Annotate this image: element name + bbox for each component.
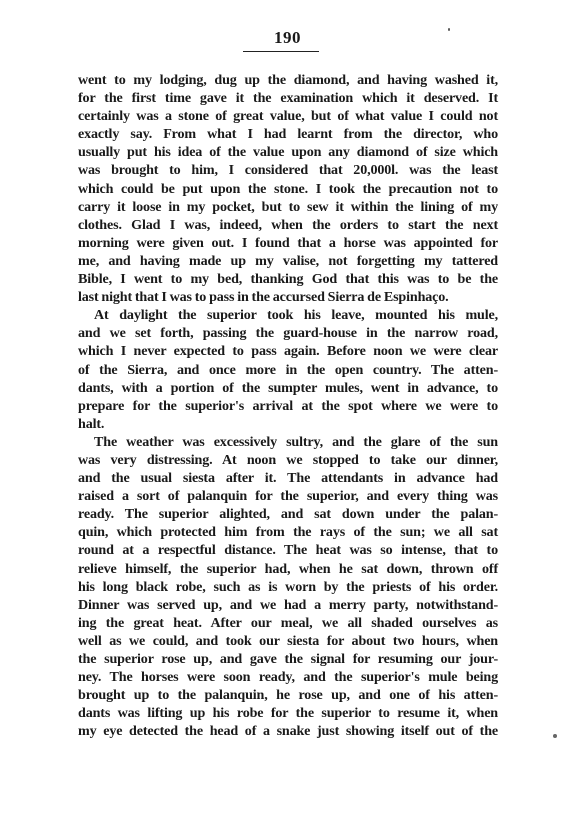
text-line: last night that I was to pass in the acc… bbox=[78, 288, 498, 306]
page-number: 190 bbox=[0, 28, 575, 48]
text-line: dants was lifting up his robe for the su… bbox=[78, 704, 498, 722]
text-line: of the Sierra, and once more in the open… bbox=[78, 361, 498, 379]
text-line: dants, with a portion of the sumpter mul… bbox=[78, 379, 498, 397]
paragraph-2: At daylight the superior took his leave,… bbox=[78, 306, 498, 433]
text-line: The weather was excessively sultry, and … bbox=[78, 433, 498, 451]
text-line: round at a respectful distance. The heat… bbox=[78, 541, 498, 559]
text-line: my eye detected the head of a snake just… bbox=[78, 722, 498, 740]
text-line: which I never expected to pass again. Be… bbox=[78, 342, 498, 360]
text-line: his long black robe, such as is worn by … bbox=[78, 578, 498, 596]
text-line: Dinner was served up, and we had a merry… bbox=[78, 596, 498, 614]
paragraph-1: went to my lodging, dug up the diamond, … bbox=[78, 71, 498, 306]
text-line: prepare for the superior's arrival at th… bbox=[78, 397, 498, 415]
text-line: which could be put upon the stone. I too… bbox=[78, 180, 498, 198]
text-line: and we set forth, passing the guard-hous… bbox=[78, 324, 498, 342]
text-line: was brought to him, I considered that 20… bbox=[78, 161, 498, 179]
body-text: went to my lodging, dug up the diamond, … bbox=[78, 71, 498, 740]
text-line: and the usual siesta after it. The atten… bbox=[78, 469, 498, 487]
text-line: At daylight the superior took his leave,… bbox=[78, 306, 498, 324]
text-line: brought up to the palanquin, he rose up,… bbox=[78, 686, 498, 704]
text-line: the superior rose up, and gave the signa… bbox=[78, 650, 498, 668]
text-line: halt. bbox=[78, 415, 498, 433]
scan-speck bbox=[553, 734, 557, 738]
text-line: ney. The horses were soon ready, and the… bbox=[78, 668, 498, 686]
text-line: carry it loose in my pocket, but to sew … bbox=[78, 198, 498, 216]
paragraph-3: The weather was excessively sultry, and … bbox=[78, 433, 498, 741]
text-line: morning were given out. I found that a h… bbox=[78, 234, 498, 252]
text-line: usually put his idea of the value upon a… bbox=[78, 143, 498, 161]
text-line: raised a sort of palanquin for the super… bbox=[78, 487, 498, 505]
text-line: ready. The superior alighted, and sat do… bbox=[78, 505, 498, 523]
text-line: well as we could, and took our siesta fo… bbox=[78, 632, 498, 650]
text-line: was very distressing. At noon we stopped… bbox=[78, 451, 498, 469]
text-line: exactly say. From what I had learnt from… bbox=[78, 125, 498, 143]
page-number-rule bbox=[243, 51, 319, 52]
text-line: ing the great heat. After our meal, we a… bbox=[78, 614, 498, 632]
text-line: me, and having made up my valise, not fo… bbox=[78, 252, 498, 270]
text-line: relieve himself, the superior had, when … bbox=[78, 560, 498, 578]
text-line: quin, which protected him from the rays … bbox=[78, 523, 498, 541]
text-line: certainly was a stone of great value, bu… bbox=[78, 107, 498, 125]
text-line: for the first time gave it the examinati… bbox=[78, 89, 498, 107]
scan-speck bbox=[448, 28, 450, 31]
text-line: Bible, I went to my bed, thanking God th… bbox=[78, 270, 498, 288]
text-line: went to my lodging, dug up the diamond, … bbox=[78, 71, 498, 89]
text-line: clothes. Glad I was, indeed, when the or… bbox=[78, 216, 498, 234]
